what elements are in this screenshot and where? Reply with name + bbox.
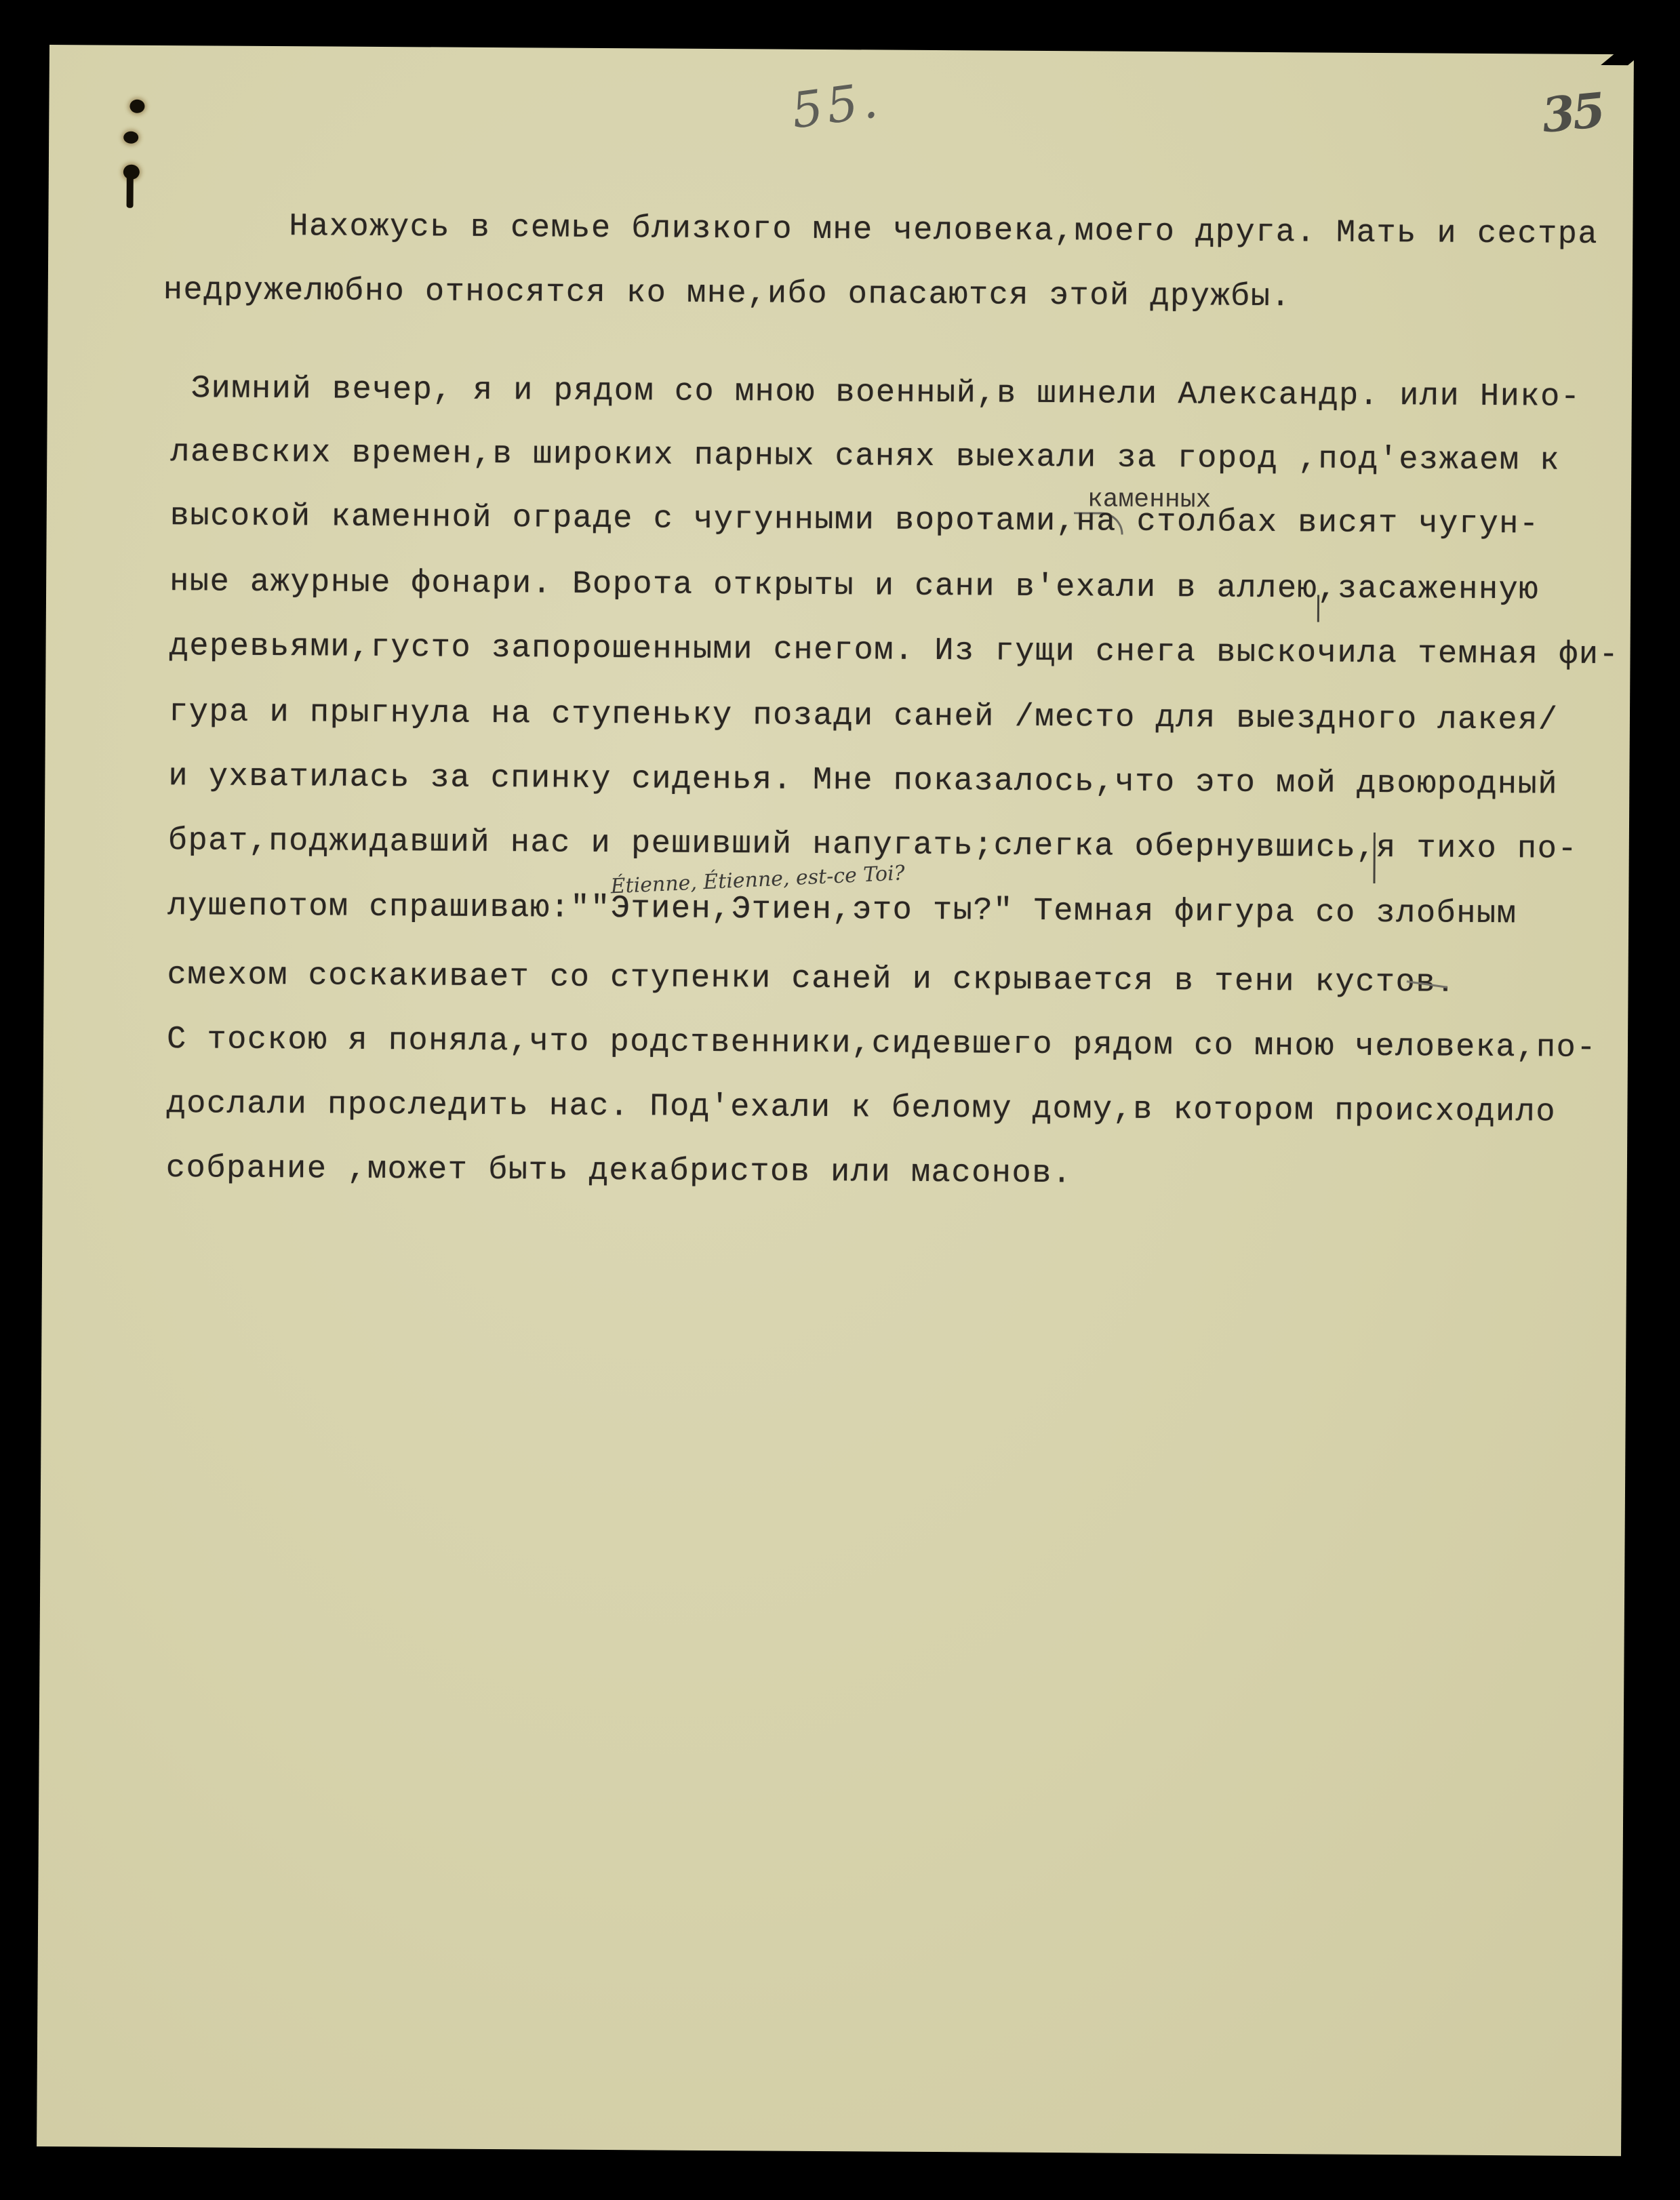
text-line: дослали проследить нас. Под'ехали к бело…: [166, 1086, 1556, 1131]
text-line: и ухватилась за спинку сиденья. Мне пока…: [168, 759, 1558, 803]
punch-tear-icon: [127, 174, 134, 208]
text-line: Нахожусь в семье близкого мне человека,м…: [289, 209, 1598, 253]
text-line: лушепотом спрашиваю:""Этиен,Этиен,это ты…: [167, 888, 1517, 932]
text-line: брат,поджидавший нас и решивший напугать…: [168, 823, 1578, 868]
document-page: 55. 35 Нахожусь в семье близкого мне чел…: [37, 45, 1634, 2156]
text-line: собрание ,может быть декабристов или мас…: [166, 1151, 1073, 1192]
text-line: недружелюбно относятся ко мне,ибо опасаю…: [163, 273, 1292, 315]
punch-hole-icon: [123, 132, 138, 144]
text-line: Зимний вечер, я и рядом со мною военный,…: [191, 371, 1581, 416]
pencil-folio-right: 35: [1540, 82, 1605, 144]
edit-mark-icon: [1317, 595, 1319, 622]
text-line: деревьями,густо запорошенными снегом. Из…: [169, 628, 1619, 673]
punch-hole-icon: [129, 100, 144, 113]
text-line: гура и прыгнула на ступеньку позади сане…: [169, 694, 1559, 739]
text-line: смехом соскакивает со ступенки саней и с…: [167, 957, 1456, 1001]
text-line: лаевских времен,в широких парных санях в…: [170, 435, 1560, 479]
edit-mark-icon: [1373, 833, 1375, 883]
text-line: ные ажурные фонари. Ворота открыты и сан…: [169, 564, 1539, 608]
text-line: С тоскою я поняла,что родственники,сидев…: [167, 1022, 1597, 1066]
pencil-folio-top: 55.: [788, 71, 885, 140]
torn-corner: [1601, 53, 1643, 65]
text-line: высокой каменной ограде с чугунными воро…: [170, 498, 1540, 542]
